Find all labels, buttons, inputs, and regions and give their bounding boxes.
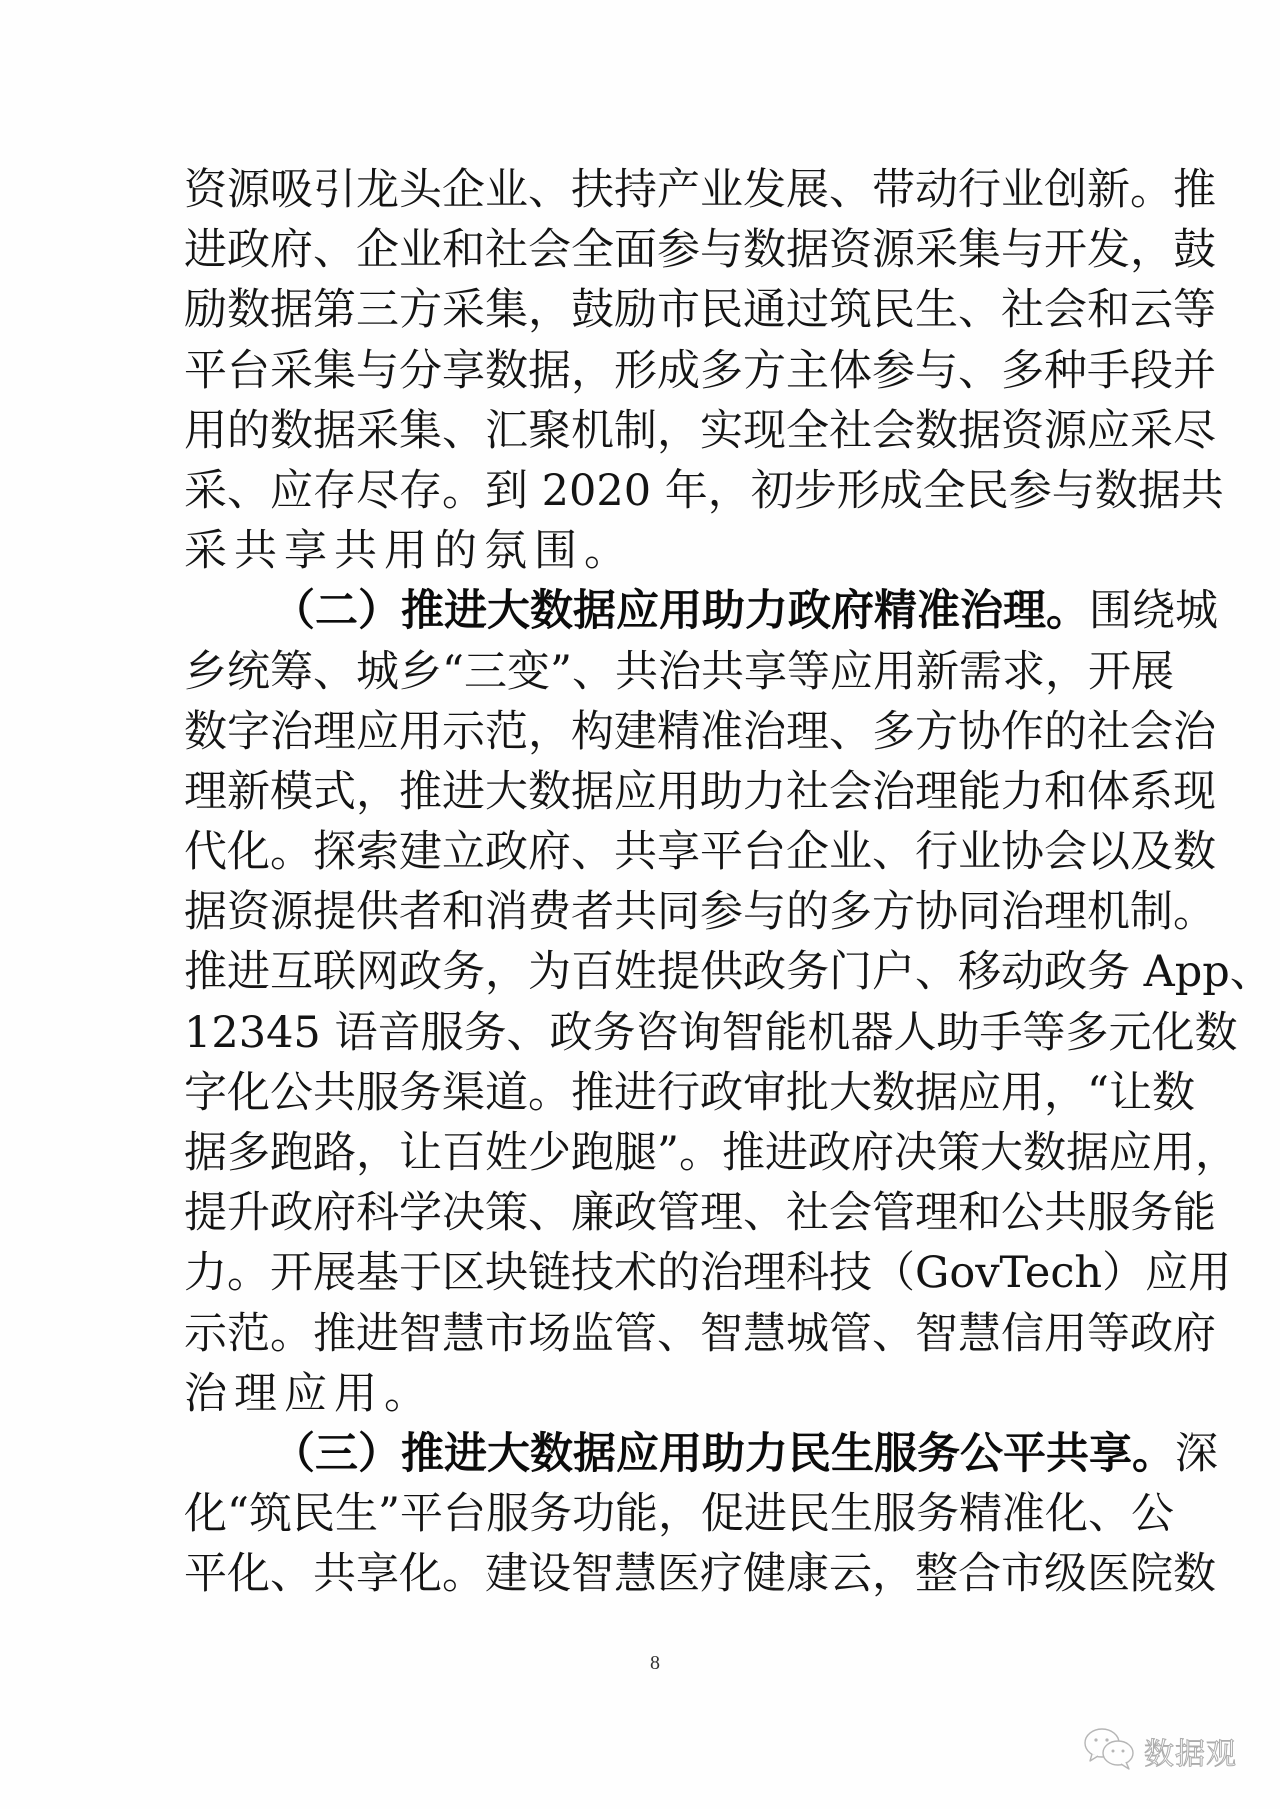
- heading-tail-text: 围绕城: [1089, 586, 1218, 636]
- section-government-governance: （二）推进大数据应用助力政府精准治理。围绕城 乡统筹、城乡“三变”、共治共享等应…: [184, 581, 1102, 1424]
- text-line: 理新模式，推进大数据应用助力社会治理能力和体系现: [184, 762, 1102, 822]
- page-number: 8: [650, 1652, 660, 1675]
- section-heading-line: （二）推进大数据应用助力政府精准治理。围绕城: [184, 581, 1102, 641]
- text-line: 力。开展基于区块链技术的治理科技（GovTech）应用: [184, 1243, 1102, 1303]
- text-line: 用的数据采集、汇聚机制，实现全社会数据资源应采尽: [184, 401, 1102, 461]
- text-line: 平台采集与分享数据，形成多方主体参与、多种手段并: [184, 341, 1102, 401]
- section-public-services: （三）推进大数据应用助力民生服务公平共享。深 化“筑民生”平台服务功能，促进民生…: [184, 1424, 1102, 1605]
- text-line: 推进互联网政务，为百姓提供政务门户、移动政务 App、: [184, 942, 1102, 1002]
- section-heading-line: （三）推进大数据应用助力民生服务公平共享。深: [184, 1424, 1102, 1484]
- text-line: 乡统筹、城乡“三变”、共治共享等应用新需求，开展: [184, 642, 1102, 702]
- document-page: 资源吸引龙头企业、扶持产业发展、带动行业创新。推 进政府、企业和社会全面参与数据…: [0, 0, 1280, 1809]
- text-line: 据资源提供者和消费者共同参与的多方协同治理机制。: [184, 882, 1102, 942]
- text-line: 进政府、企业和社会全面参与数据资源采集与开发，鼓: [184, 220, 1102, 280]
- text-line: 励数据第三方采集，鼓励市民通过筑民生、社会和云等: [184, 280, 1102, 340]
- heading-tail-text: 深: [1175, 1429, 1218, 1479]
- paragraph-data-collection: 资源吸引龙头企业、扶持产业发展、带动行业创新。推 进政府、企业和社会全面参与数据…: [184, 160, 1102, 581]
- text-line: 代化。探索建立政府、共享平台企业、行业协会以及数: [184, 822, 1102, 882]
- text-line: 化“筑民生”平台服务功能，促进民生服务精准化、公: [184, 1484, 1102, 1544]
- text-line: 资源吸引龙头企业、扶持产业发展、带动行业创新。推: [184, 160, 1102, 220]
- text-line: 采共享共用的氛围。: [184, 521, 1102, 581]
- section-heading: （三）推进大数据应用助力民生服务公平共享。: [272, 1429, 1175, 1479]
- text-line: 字化公共服务渠道。推进行政审批大数据应用，“让数: [184, 1063, 1102, 1123]
- watermark: 数据观: [1082, 1726, 1237, 1776]
- section-heading: （二）推进大数据应用助力政府精准治理。: [272, 586, 1089, 636]
- text-line: 据多跑路，让百姓少跑腿”。推进政府决策大数据应用，: [184, 1123, 1102, 1183]
- text-line: 示范。推进智慧市场监管、智慧城管、智慧信用等政府: [184, 1304, 1102, 1364]
- document-body: 资源吸引龙头企业、扶持产业发展、带动行业创新。推 进政府、企业和社会全面参与数据…: [184, 160, 1102, 1605]
- text-line: 数字治理应用示范，构建精准治理、多方协作的社会治: [184, 702, 1102, 762]
- text-line: 12345 语音服务、政务咨询智能机器人助手等多元化数: [184, 1003, 1102, 1063]
- wechat-icon: [1082, 1726, 1138, 1776]
- text-line: 提升政府科学决策、廉政管理、社会管理和公共服务能: [184, 1183, 1102, 1243]
- text-line: 平化、共享化。建设智慧医疗健康云，整合市级医院数: [184, 1544, 1102, 1604]
- text-line: 治理应用。: [184, 1364, 1102, 1424]
- watermark-text: 数据观: [1144, 1729, 1237, 1773]
- text-line: 采、应存尽存。到 2020 年，初步形成全民参与数据共: [184, 461, 1102, 521]
